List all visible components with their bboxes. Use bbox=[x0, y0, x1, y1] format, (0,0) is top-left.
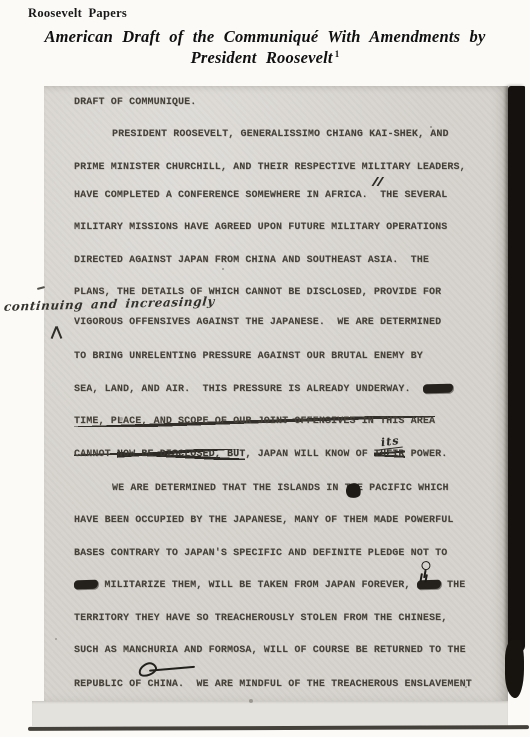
typescript-line: BASES CONTRARY TO JAPAN'S SPECIFIC AND D… bbox=[74, 548, 447, 559]
typed-text: VIGOROUS OFFENSIVES AGAINST THE JAPANESE… bbox=[74, 317, 441, 328]
typed-text: TERRITORY THEY HAVE SO TREACHEROUSLY STO… bbox=[74, 613, 447, 624]
typescript-line: WE ARE DETERMINED THAT THE ISLANDS IN TH… bbox=[112, 483, 449, 498]
typed-text: MILITARY MISSIONS HAVE AGREED UPON FUTUR… bbox=[74, 222, 447, 233]
scan-edge-shadow-strip bbox=[508, 86, 525, 652]
typed-text: THE bbox=[441, 580, 465, 591]
typescript-line: PRESIDENT ROOSEVELT, GENERALISSIMO CHIAN… bbox=[112, 129, 449, 140]
typed-text: THE SEVERAL bbox=[380, 190, 447, 201]
typescript-line: MILITARIZE THEM, WILL BE TAKEN FROM JAPA… bbox=[74, 580, 465, 592]
scan-noise-specks bbox=[430, 126, 432, 128]
typescript-line: CANNOT NOW BE DISCLOSED, BUT, JAPAN WILL… bbox=[74, 449, 447, 460]
scan-bottom-edge-line bbox=[28, 725, 529, 731]
typed-text-scribbled: THEIRits bbox=[374, 449, 405, 460]
typed-text: HAVE COMPLETED A CONFERENCE SOMEWHERE IN… bbox=[74, 190, 380, 201]
typed-text: WE ARE MINDFUL OF THE TREACHEROUS ENSLAV… bbox=[196, 679, 471, 690]
typescript-line: PRIME MINISTER CHURCHILL, AND THEIR RESP… bbox=[74, 162, 466, 173]
typescript-line: DRAFT OF COMMUNIQUE. bbox=[74, 97, 196, 108]
typed-text: REPUBLIC OF CHINA. bbox=[74, 679, 196, 690]
ink-blot bbox=[74, 580, 99, 590]
typescript-line: SEA, LAND, AND AIR. THIS PRESSURE IS ALR… bbox=[74, 384, 453, 396]
title-line-1: American Draft of the Communiqué With Am… bbox=[0, 26, 530, 47]
typescript-line: SUCH AS MANCHURIA AND FORMOSA, WILL OF C… bbox=[74, 645, 466, 656]
typed-text: PRIME MINISTER CHURCHILL, AND THEIR RESP… bbox=[74, 162, 466, 173]
ink-blot bbox=[423, 384, 454, 394]
typed-text: SUCH AS MANCHURIA AND FORMOSA, WILL OF C… bbox=[74, 645, 466, 656]
footnote-marker: 1 bbox=[335, 49, 340, 59]
typed-text: , JAPAN WILL KNOW OF bbox=[245, 449, 374, 460]
typed-text: WE ARE DETERMINED THAT THE ISLANDS IN TH… bbox=[112, 483, 363, 494]
typescript-line: TIME, PLACE, AND SCOPE OF OUR JOINT OFFE… bbox=[74, 416, 435, 427]
ink-blot bbox=[416, 580, 441, 590]
typed-text: BASES CONTRARY TO JAPAN'S SPECIFIC AND D… bbox=[74, 548, 447, 559]
typed-text: HAVE BEEN OCCUPIED BY THE JAPANESE, MANY… bbox=[74, 515, 454, 526]
title-line-2-text: President Roosevelt bbox=[191, 48, 333, 67]
typescript-line: VIGOROUS OFFENSIVES AGAINST THE JAPANESE… bbox=[74, 317, 441, 328]
typed-text: POWER. bbox=[405, 449, 448, 460]
typed-text: SEA, LAND, AND AIR. THIS PRESSURE IS ALR… bbox=[74, 384, 423, 395]
typed-text: PACIFIC WHICH bbox=[363, 483, 449, 494]
document-title: American Draft of the Communiqué With Am… bbox=[0, 26, 530, 69]
typed-text: PRESIDENT ROOSEVELT, GENERALISSIMO CHIAN… bbox=[112, 129, 449, 140]
typescript-line: DIRECTED AGAINST JAPAN FROM CHINA AND SO… bbox=[74, 255, 429, 266]
typed-text-struck: TIME, PLACE, AND SCOPE OF OUR JOINT OFFE… bbox=[74, 416, 435, 427]
scan-bottom-band bbox=[32, 701, 508, 726]
document-page: Roosevelt Papers American Draft of the C… bbox=[0, 0, 530, 737]
typescript-line: HAVE BEEN OCCUPIED BY THE JAPANESE, MANY… bbox=[74, 515, 454, 526]
title-line-2: President Roosevelt1 bbox=[0, 47, 530, 68]
typed-text: TO BRING UNRELENTING PRESSURE AGAINST OU… bbox=[74, 351, 423, 362]
typed-text-struck: CANNOT bbox=[74, 449, 117, 460]
typescript-line: HAVE COMPLETED A CONFERENCE SOMEWHERE IN… bbox=[74, 190, 447, 201]
typescript-line: MILITARY MISSIONS HAVE AGREED UPON FUTUR… bbox=[74, 222, 447, 233]
typed-text: MILITARIZE THEM, WILL BE TAKEN FROM JAPA… bbox=[98, 580, 416, 591]
typed-text: DIRECTED AGAINST JAPAN FROM CHINA AND SO… bbox=[74, 255, 429, 266]
typescript-line: TO BRING UNRELENTING PRESSURE AGAINST OU… bbox=[74, 351, 423, 362]
typed-text-scribbled: NOW BE DISCLOSED, BUT bbox=[117, 449, 246, 460]
insertion-caret-icon bbox=[50, 326, 63, 339]
collection-label: Roosevelt Papers bbox=[28, 6, 127, 21]
typescript-line: TERRITORY THEY HAVE SO TREACHEROUSLY STO… bbox=[74, 613, 447, 624]
typescript-line: REPUBLIC OF CHINA. WE ARE MINDFUL OF THE… bbox=[74, 679, 472, 690]
typed-text: DRAFT OF COMMUNIQUE. bbox=[74, 97, 196, 108]
scan-edge-shadow-blob bbox=[505, 640, 524, 698]
